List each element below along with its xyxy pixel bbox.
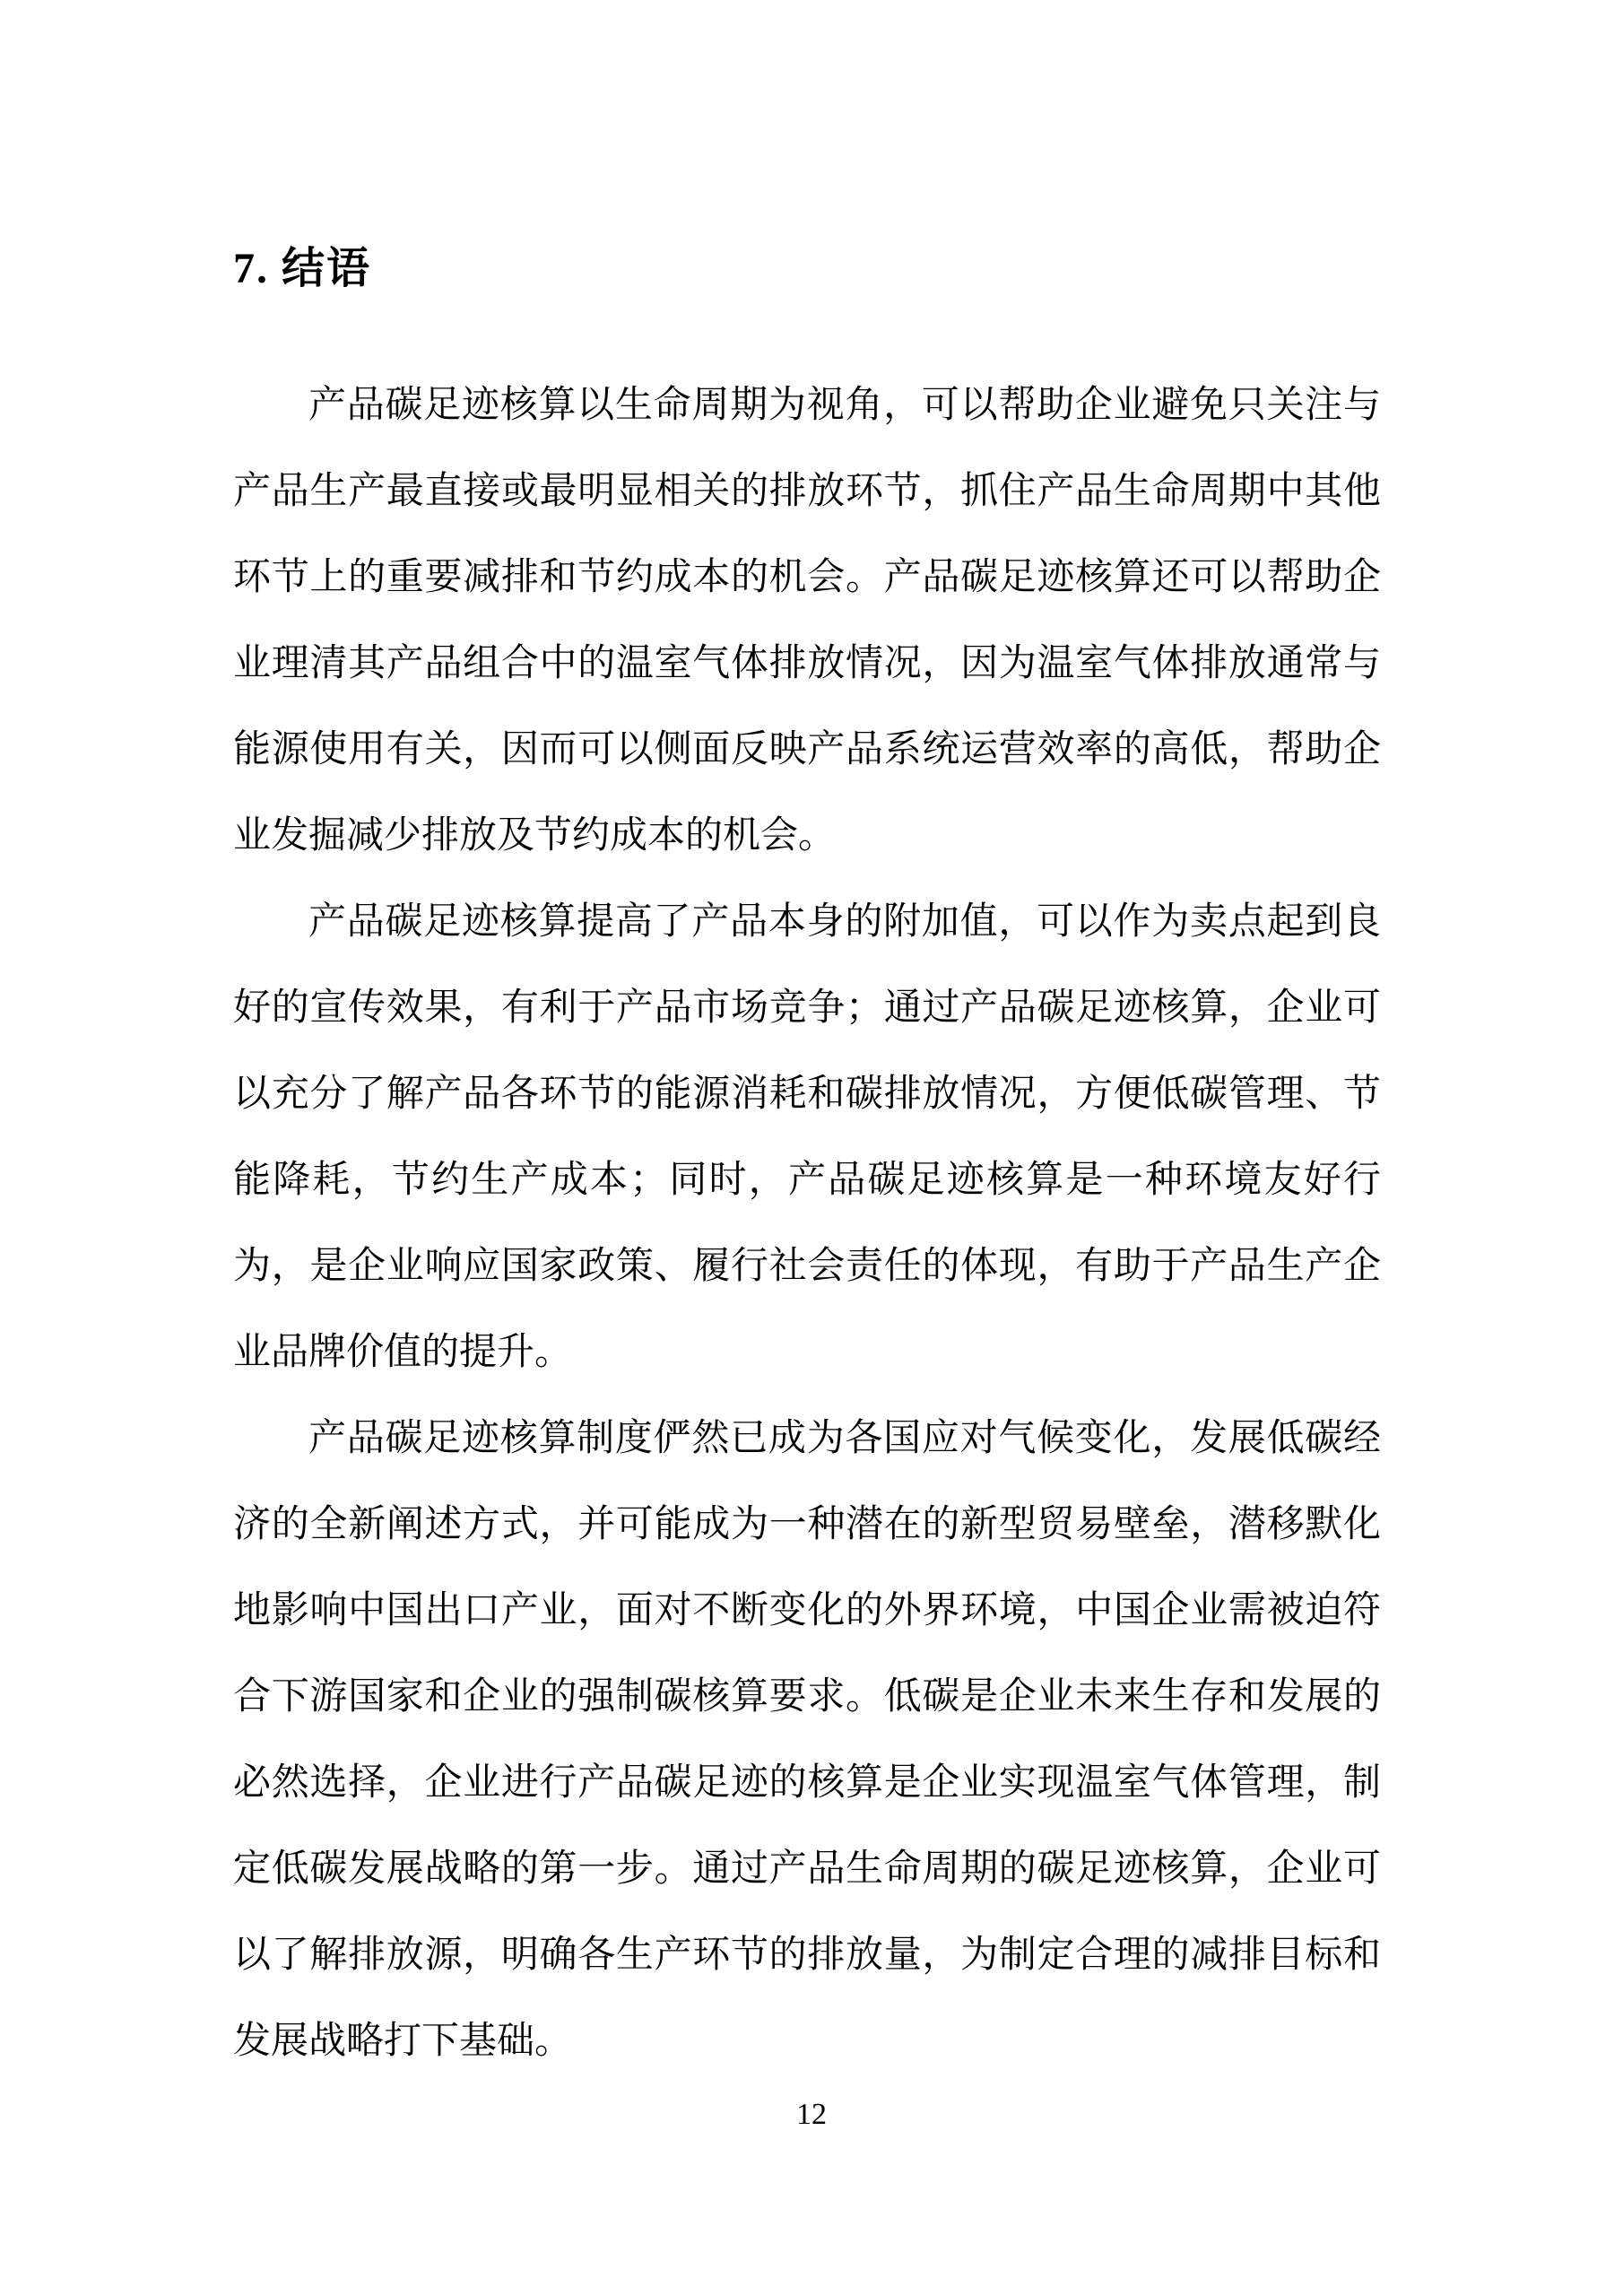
- body-text: 产品碳足迹核算以生命周期为视角，可以帮助企业避免只关注与产品生产最直接或最明显相…: [233, 362, 1381, 2084]
- paragraph-1: 产品碳足迹核算以生命周期为视角，可以帮助企业避免只关注与产品生产最直接或最明显相…: [233, 362, 1381, 879]
- page-content: 7. 结语 产品碳足迹核算以生命周期为视角，可以帮助企业避免只关注与产品生产最直…: [233, 0, 1381, 2084]
- paragraph-2: 产品碳足迹核算提高了产品本身的附加值，可以作为卖点起到良好的宣传效果，有利于产品…: [233, 879, 1381, 1396]
- paragraph-3: 产品碳足迹核算制度俨然已成为各国应对气候变化，发展低碳经济的全新阐述方式，并可能…: [233, 1396, 1381, 2084]
- page-number: 12: [0, 2097, 1623, 2133]
- document-page: 7. 结语 产品碳足迹核算以生命周期为视角，可以帮助企业避免只关注与产品生产最直…: [0, 0, 1623, 2296]
- section-heading: 7. 结语: [233, 242, 1381, 296]
